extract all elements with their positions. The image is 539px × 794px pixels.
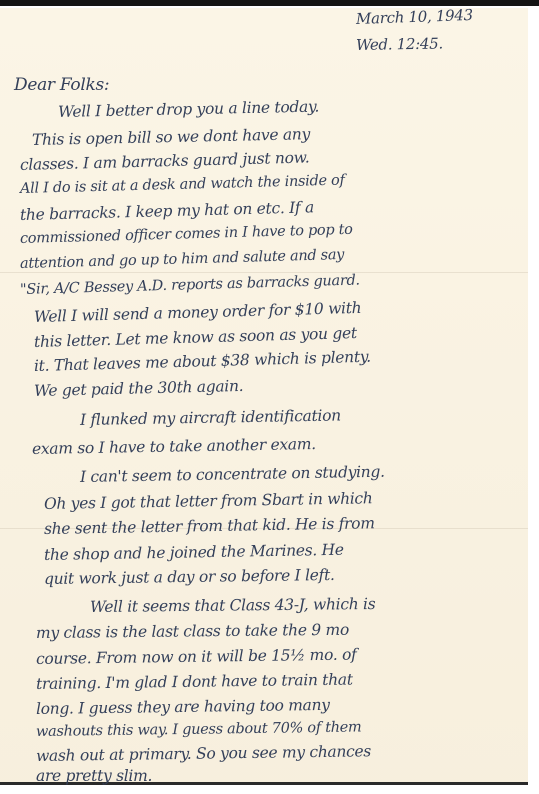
letter-salutation: Dear Folks: <box>14 75 109 95</box>
letter-time: Wed. 12:45. <box>356 34 443 54</box>
scan-top-border <box>0 0 539 6</box>
letter-line: are pretty slim. <box>36 767 152 785</box>
letter-line: my class is the last class to take the 9… <box>36 621 349 642</box>
letter-line: Well it seems that Class 43-J, which is <box>90 595 375 616</box>
paper-fold-line <box>0 272 528 273</box>
scanned-letter: March 10, 1943 Wed. 12:45. Dear Folks: W… <box>0 0 539 794</box>
